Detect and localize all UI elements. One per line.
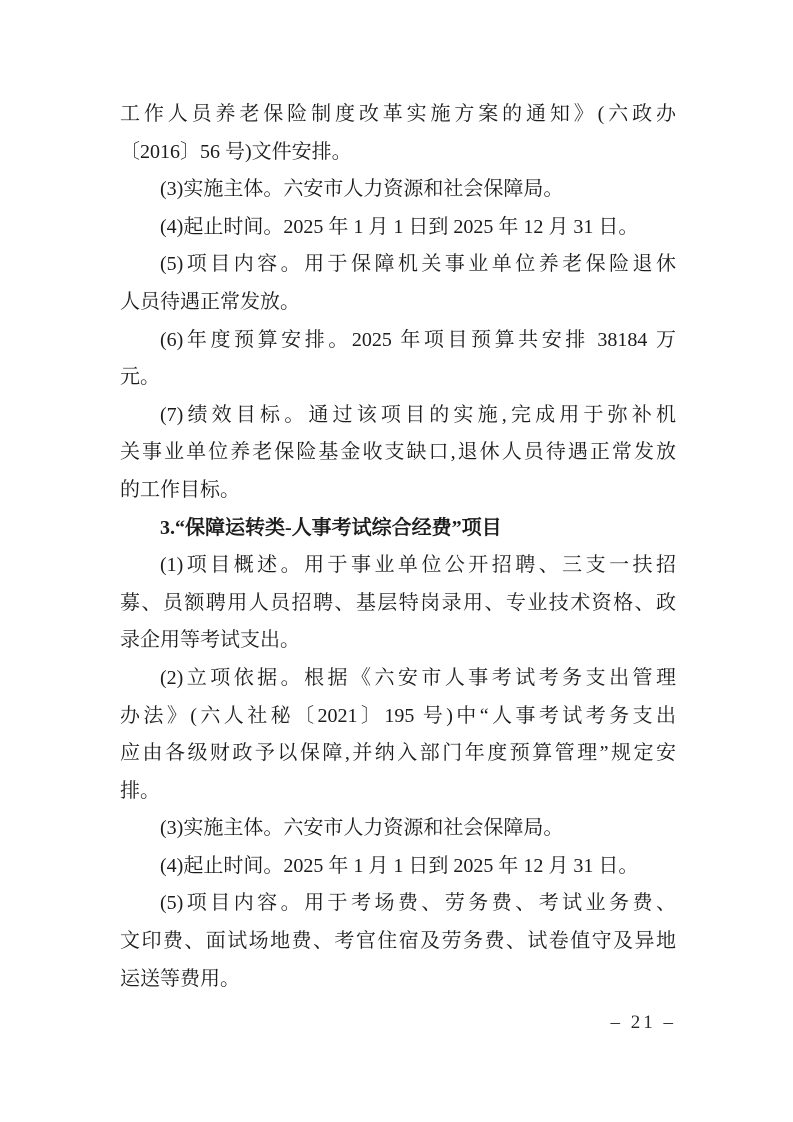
text-line: (6)年度预算安排。2025 年项目预算共安排 38184 万 [120,322,676,360]
text-line: (7)绩效目标。通过该项目的实施,完成用于弥补机 [120,397,676,435]
text-line: 工作人员养老保险制度改革实施方案的通知》(六政办 [120,96,676,134]
text-line: 应由各级财政予以保障,并纳入部门年度预算管理”规定安 [120,735,676,773]
para-item-5-content: (5)项目内容。用于保障机关事业单位养老保险退休人员待遇正常发放。 [120,246,676,321]
text-line: (1)项目概述。用于事业单位公开招聘、三支一扶招 [120,547,676,585]
heading-project-3: 3.“保障运转类-人事考试综合经费”项目 [120,510,676,548]
text-line: 排。 [120,773,676,811]
document-page: 工作人员养老保险制度改革实施方案的通知》(六政办〔2016〕56 号)文件安排。… [0,0,793,1122]
text-line: (5)项目内容。用于考场费、劳务费、考试业务费、 [120,885,676,923]
text-line: 运送等费用。 [120,961,676,999]
document-body: 工作人员养老保险制度改革实施方案的通知》(六政办〔2016〕56 号)文件安排。… [120,96,676,998]
text-line: 募、员额聘用人员招聘、基层特岗录用、专业技术资格、政 [120,585,676,623]
text-line: (4)起止时间。2025 年 1 月 1 日到 2025 年 12 月 31 日… [120,209,676,247]
text-line: 〔2016〕56 号)文件安排。 [120,134,676,172]
text-line: 人员待遇正常发放。 [120,284,676,322]
para-item-2-basis: (2)立项依据。根据《六安市人事考试考务支出管理办法》(六人社秘〔2021〕19… [120,660,676,810]
text-line: (3)实施主体。六安市人力资源和社会保障局。 [120,810,676,848]
para-item-4-duration: (4)起止时间。2025 年 1 月 1 日到 2025 年 12 月 31 日… [120,209,676,247]
para-item-4-duration-2: (4)起止时间。2025 年 1 月 1 日到 2025 年 12 月 31 日… [120,848,676,886]
text-line: (3)实施主体。六安市人力资源和社会保障局。 [120,171,676,209]
text-line: 办法》(六人社秘〔2021〕195 号)中“人事考试考务支出 [120,698,676,736]
para-item-3-implementer-2: (3)实施主体。六安市人力资源和社会保障局。 [120,810,676,848]
text-line: 录企用等考试支出。 [120,622,676,660]
text-line: (5)项目内容。用于保障机关事业单位养老保险退休 [120,246,676,284]
text-line: 元。 [120,359,676,397]
text-line: 的工作目标。 [120,472,676,510]
text-line: 3.“保障运转类-人事考试综合经费”项目 [120,510,676,548]
para-basis-continuation: 工作人员养老保险制度改革实施方案的通知》(六政办〔2016〕56 号)文件安排。 [120,96,676,171]
para-item-5-content-2: (5)项目内容。用于考场费、劳务费、考试业务费、文印费、面试场地费、考官住宿及劳… [120,885,676,998]
text-line: (4)起止时间。2025 年 1 月 1 日到 2025 年 12 月 31 日… [120,848,676,886]
para-item-1-overview: (1)项目概述。用于事业单位公开招聘、三支一扶招募、员额聘用人员招聘、基层特岗录… [120,547,676,660]
para-item-3-implementer: (3)实施主体。六安市人力资源和社会保障局。 [120,171,676,209]
para-item-7-performance: (7)绩效目标。通过该项目的实施,完成用于弥补机关事业单位养老保险基金收支缺口,… [120,397,676,510]
text-line: 文印费、面试场地费、考官住宿及劳务费、试卷值守及异地 [120,923,676,961]
text-line: 关事业单位养老保险基金收支缺口,退休人员待遇正常发放 [120,434,676,472]
text-line: (2)立项依据。根据《六安市人事考试考务支出管理 [120,660,676,698]
page-number: – 21 – [120,1012,676,1034]
para-item-6-budget: (6)年度预算安排。2025 年项目预算共安排 38184 万元。 [120,322,676,397]
